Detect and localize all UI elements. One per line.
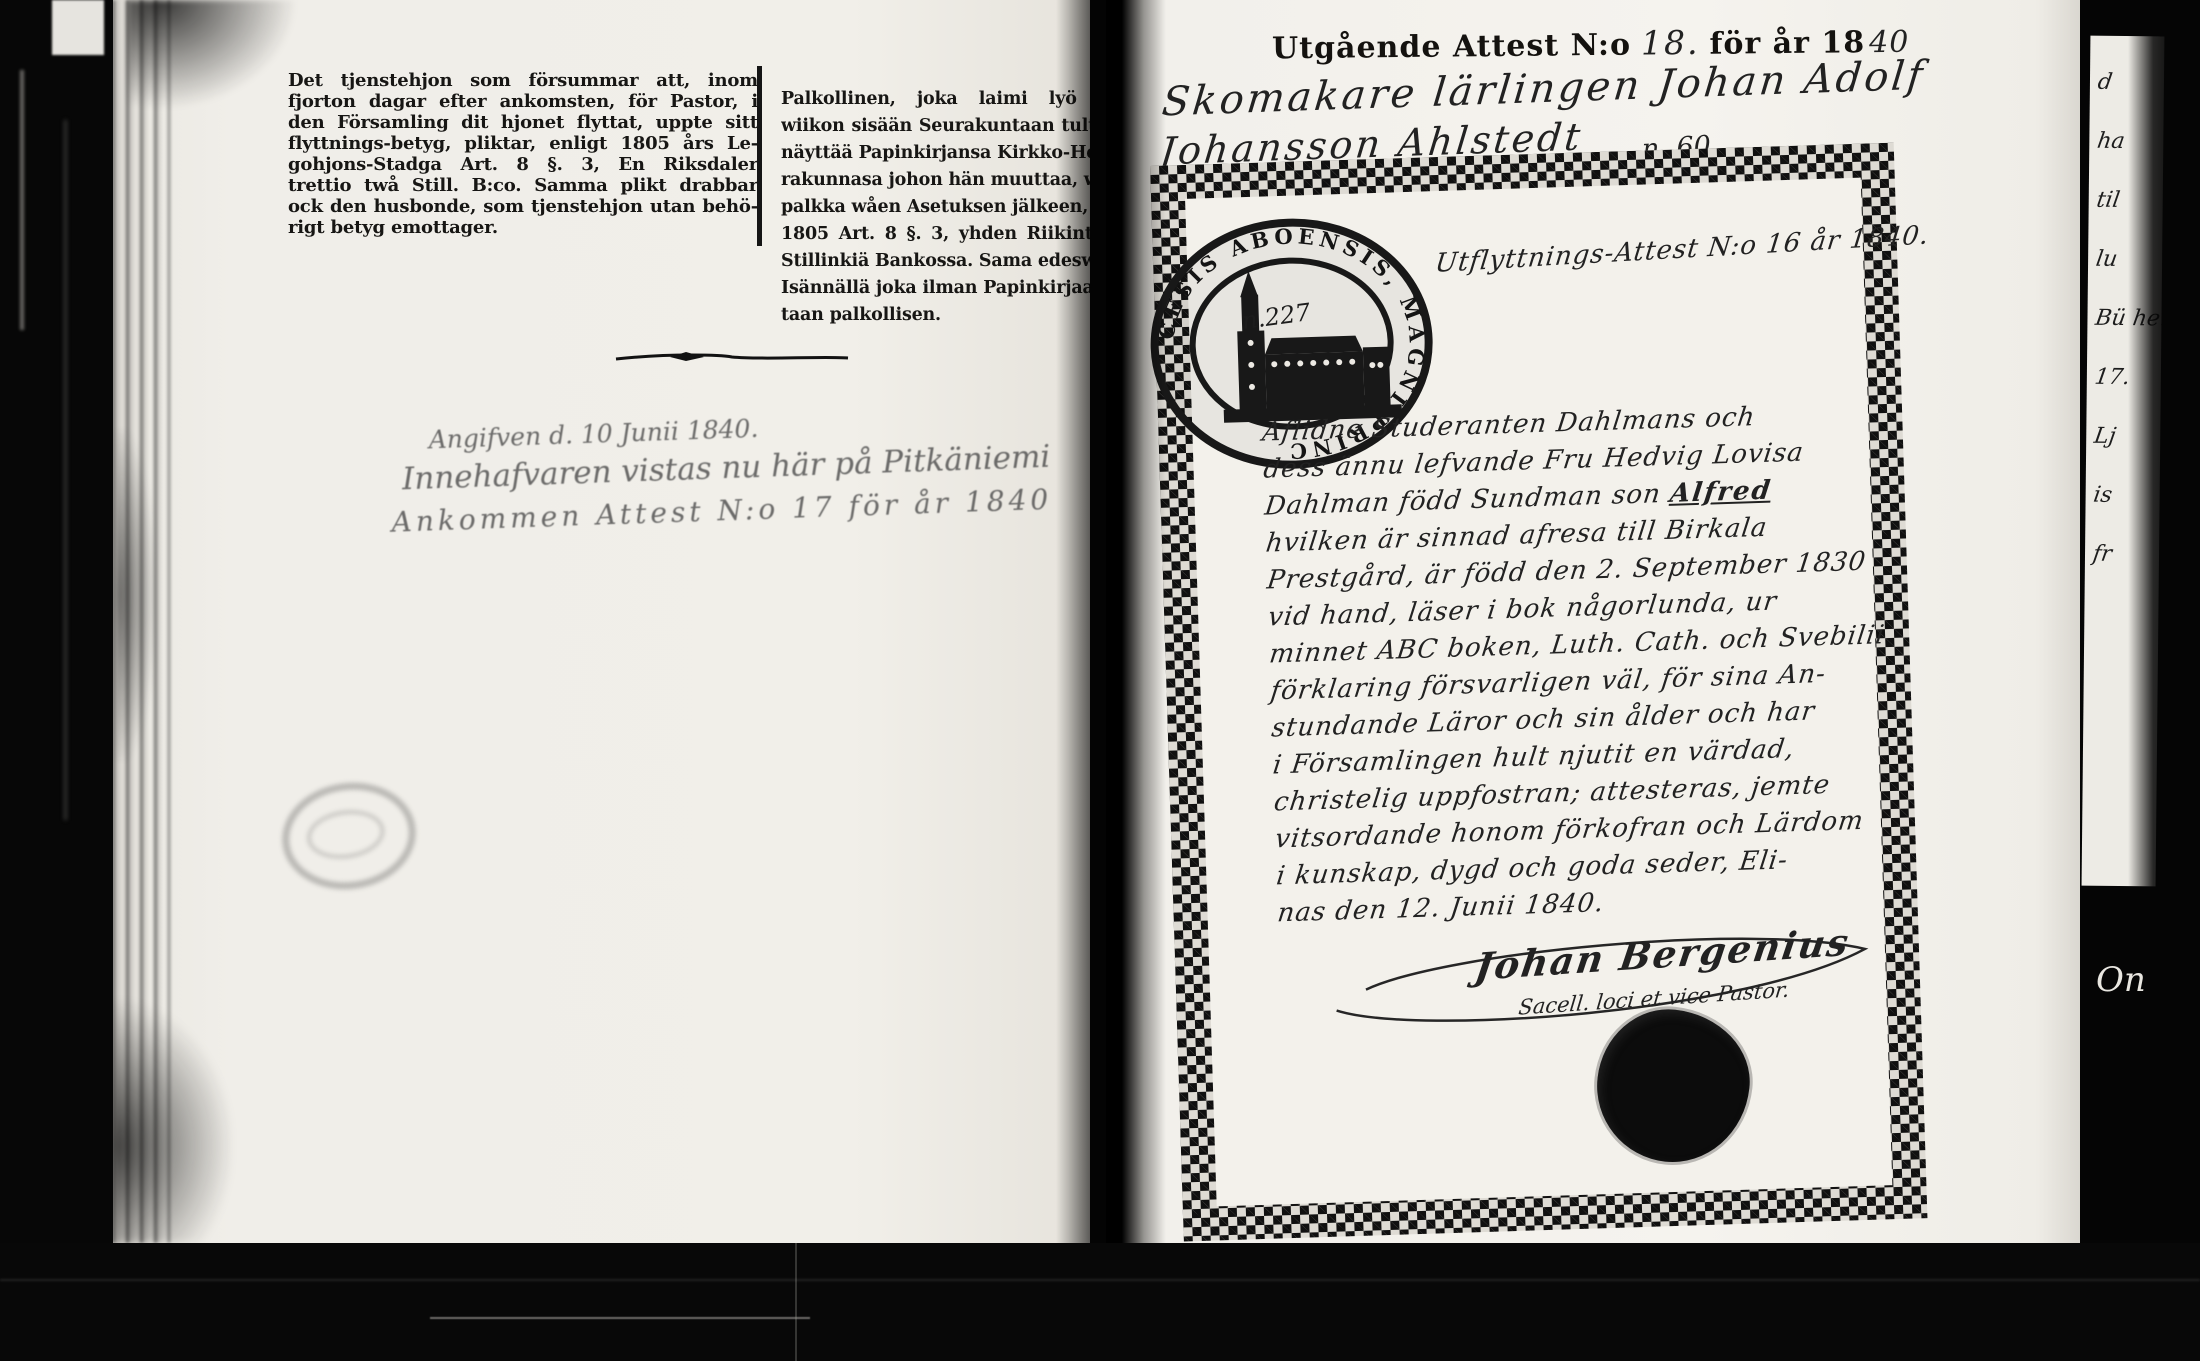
faded-stamp-icon [275, 774, 422, 898]
student-name-underlined: Alfred [1668, 476, 1773, 509]
edge-scratch [64, 120, 67, 820]
attest-header-printed: Utgående Attest N:o [1272, 28, 1631, 67]
printed-line: den Församling dit hjonet flyttat, uppte… [288, 112, 758, 133]
printed-line: rigt betyg emottager. [288, 217, 758, 238]
edge-highlight [52, 0, 104, 55]
printed-line: flyttnings-betyg, pliktar, enligt 1805 å… [288, 133, 758, 154]
printed-line: fjorton dagar efter ankomsten, för Pasto… [288, 91, 758, 112]
book-scan: Det tjenstehjon som försummar att, inom … [0, 0, 2200, 1361]
printed-line: ock den husbonde, som tjenstehjon utan b… [288, 196, 758, 217]
left-page: Det tjenstehjon som försummar att, inom … [112, 0, 1098, 1243]
book-gutter-shadow [1056, 0, 1166, 1248]
printed-line: trettio twå Still. B:co. Samma plikt dra… [288, 175, 758, 196]
printed-line: Det tjenstehjon som försummar att, inom [288, 70, 758, 91]
certificate: CESIS ABOENSIS, MAGNI PRINC n.227 Utfl [1150, 143, 1927, 1242]
edge-streak [0, 1279, 2200, 1281]
certificate-body: Aflidne Studeranten Dahlmans och dess än… [1262, 396, 1878, 933]
book-fold [1090, 0, 1106, 1248]
margin-fragment-large: On [2096, 960, 2146, 1000]
attest-number-handwritten: 18. [1631, 23, 1710, 63]
printed-line: gohjons-Stadga Art. 8 §. 3, En Riksdaler [288, 154, 758, 175]
ornament-divider-icon [612, 348, 852, 366]
right-edge-shadow [2128, 0, 2200, 1361]
bottom-table-edge [0, 1243, 2200, 1361]
column-divider-rule [757, 66, 762, 246]
edge-hairline [430, 1317, 810, 1319]
edge-scratch [20, 70, 24, 330]
swedish-printed-column: Det tjenstehjon som försummar att, inom … [288, 70, 758, 238]
edge-scratch [795, 1243, 797, 1361]
handwritten-note: Angifven d. 10 Junii 1840. Innehafvaren … [400, 404, 1052, 539]
left-book-edge [0, 0, 113, 1361]
